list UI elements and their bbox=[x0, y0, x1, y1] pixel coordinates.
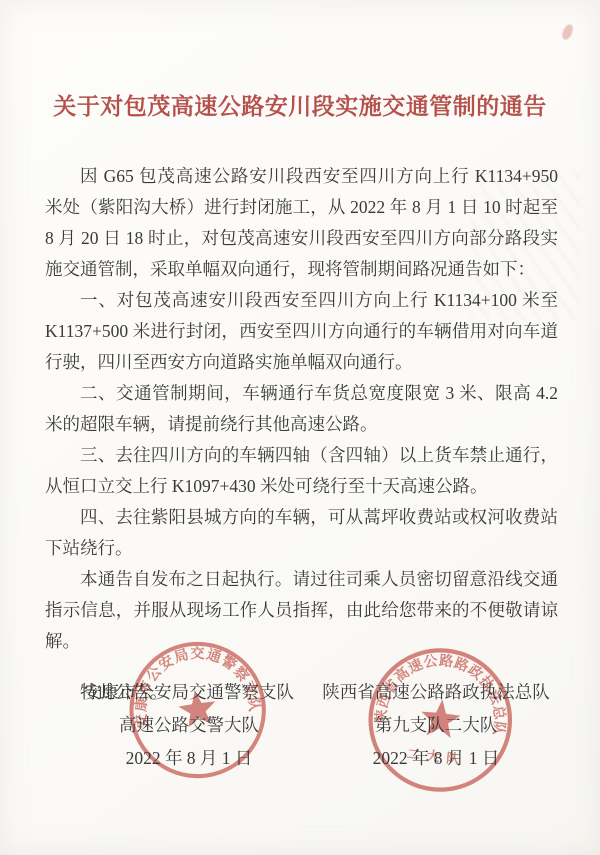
body-paragraph-5: 四、去往紫阳县城方向的车辆，可从蒿坪收费站或权河收费站下站绕行。 bbox=[45, 502, 558, 564]
org-line-1: 安康市公安局交通警察支队 bbox=[58, 676, 320, 709]
body-paragraph-1: 因 G65 包茂高速公路安川段西安至四川方向上行 K1134+950 米处（紫阳… bbox=[45, 161, 558, 285]
body-paragraph-4: 三、去往四川方向的车辆四轴（含四轴）以上货车禁止通行，从恒口立交上行 K1097… bbox=[45, 440, 558, 502]
body-paragraph-2: 一、对包茂高速安川段西安至四川方向上行 K1134+100 米至 K1137+5… bbox=[45, 285, 558, 378]
notice-title: 关于对包茂高速公路安川段实施交通管制的通告 bbox=[0, 0, 600, 121]
body-paragraph-3: 二、交通管制期间，车辆通行车货总宽度限宽 3 米、限高 4.2 米的超限车辆，请… bbox=[45, 378, 558, 440]
org-line-2: 第九支队二大队 bbox=[305, 709, 567, 742]
notice-body: 因 G65 包茂高速公路安川段西安至四川方向上行 K1134+950 米处（紫阳… bbox=[45, 161, 558, 657]
document-page: 关于对包茂高速公路安川段实施交通管制的通告 因 G65 包茂高速公路安川段西安至… bbox=[0, 0, 600, 855]
signature-block-left: 安康市公安局交通警察支队 高速公路交警大队 2022 年 8 月 1 日 bbox=[58, 676, 320, 775]
org-line-2: 高速公路交警大队 bbox=[58, 709, 320, 742]
signature-block-right: 陕西省高速公路路政执法总队 第九支队二大队 2022 年 8 月 1 日 bbox=[305, 676, 567, 775]
org-line-1: 陕西省高速公路路政执法总队 bbox=[305, 676, 567, 709]
date-line: 2022 年 8 月 1 日 bbox=[58, 742, 320, 775]
date-line: 2022 年 8 月 1 日 bbox=[305, 742, 567, 775]
